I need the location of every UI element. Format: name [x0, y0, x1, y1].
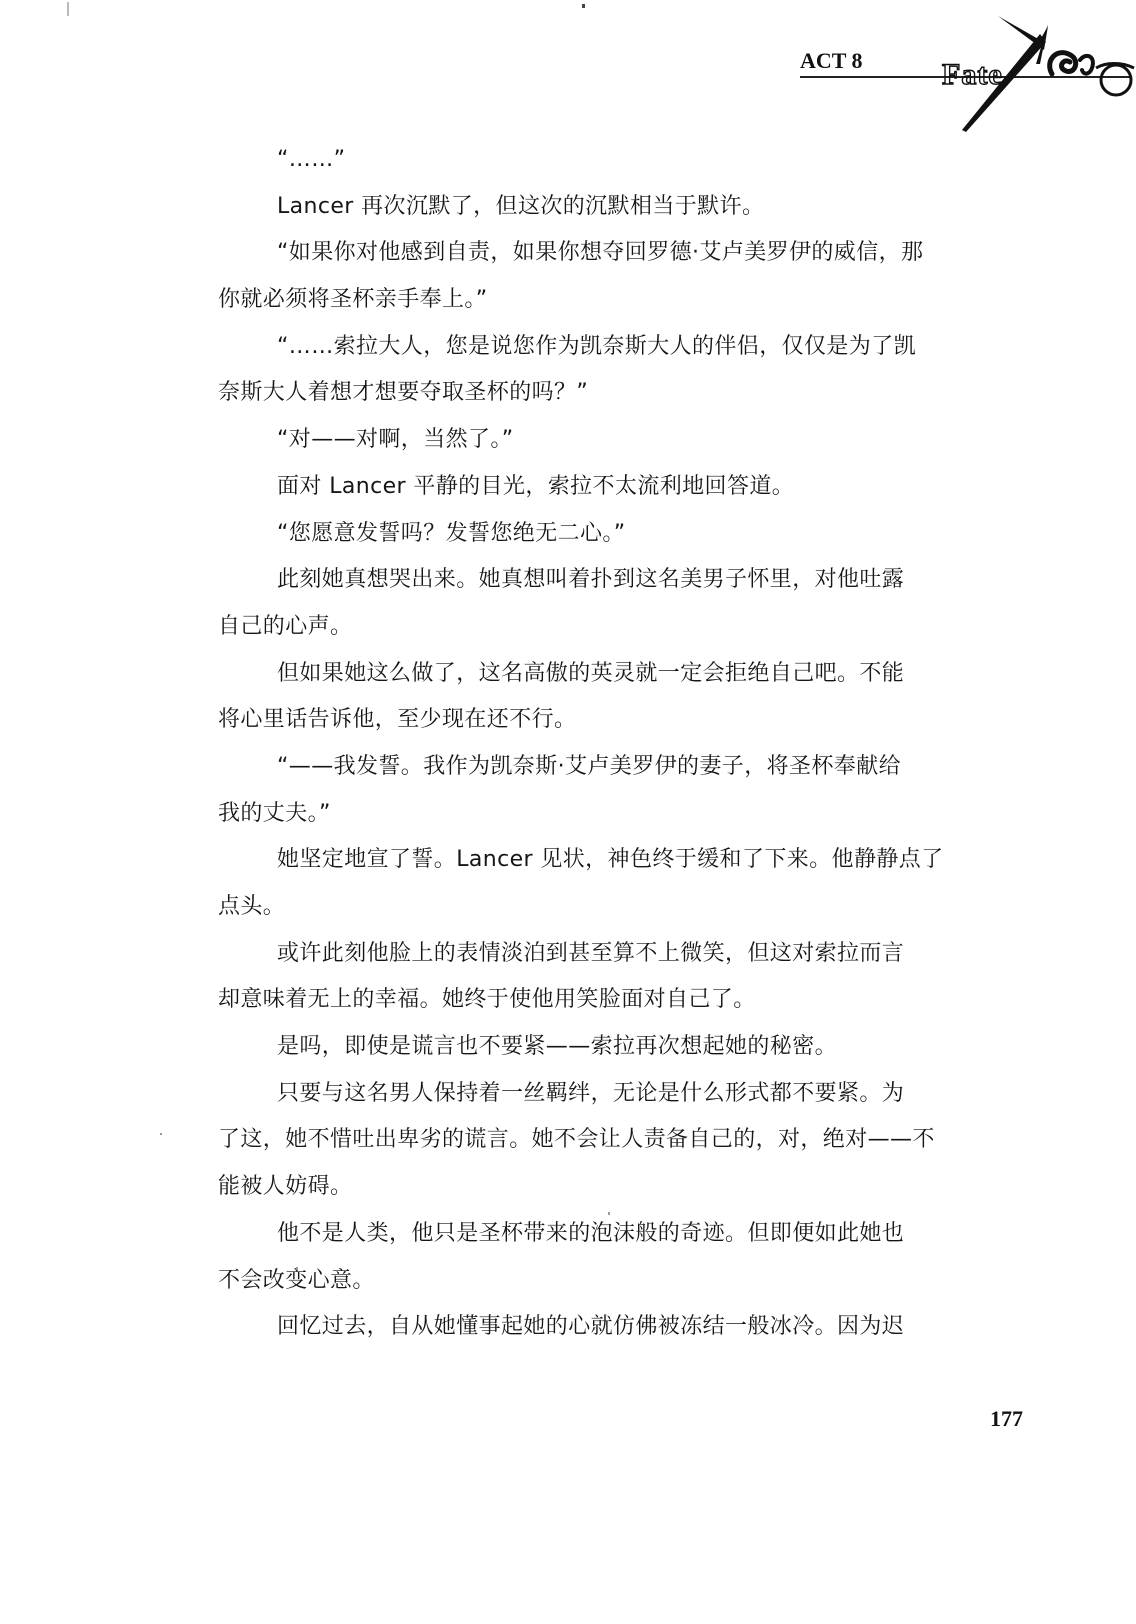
text-line: “……”	[218, 137, 988, 184]
text-line: 却意味着无上的幸福。她终于使他用笑脸面对自己了。	[218, 977, 988, 1024]
scan-speck	[160, 1133, 162, 1135]
text-line: 面对 Lancer 平静的目光，索拉不太流利地回答道。	[218, 464, 988, 511]
text-line: 只要与这名男人保持着一丝羁绊，无论是什么形式都不要紧。为	[218, 1071, 988, 1118]
text-line: “……索拉大人，您是说您作为凯奈斯大人的伴侣，仅仅是为了凯	[218, 324, 988, 371]
scan-speck	[582, 4, 585, 8]
svg-text:Fate: Fate	[942, 58, 1003, 91]
text-line: 不会改变心意。	[218, 1258, 988, 1305]
text-line: 自己的心声。	[218, 604, 988, 651]
text-line: 他不是人类，他只是圣杯带来的泡沫般的奇迹。但即便如此她也	[218, 1211, 988, 1258]
scan-speck	[608, 1212, 610, 1215]
scan-speck	[296, 1267, 298, 1270]
text-line: 我的丈夫。”	[218, 791, 988, 838]
page-number: 177	[990, 1406, 1023, 1432]
text-line: Lancer 再次沉默了，但这次的沉默相当于默许。	[218, 184, 988, 231]
text-line: 或许此刻他脸上的表情淡泊到甚至算不上微笑，但这对索拉而言	[218, 931, 988, 978]
text-line: 此刻她真想哭出来。她真想叫着扑到这名美男子怀里，对他吐露	[218, 557, 988, 604]
text-line: “您愿意发誓吗？发誓您绝无二心。”	[218, 511, 988, 558]
text-line: 你就必须将圣杯亲手奉上。”	[218, 277, 988, 324]
chapter-label: ACT 8	[800, 48, 863, 74]
text-line: 了这，她不惜吐出卑劣的谎言。她不会让人责备自己的，对，绝对——不	[218, 1117, 988, 1164]
text-line: 能被人妨碍。	[218, 1164, 988, 1211]
running-header: ACT 8 Fate/Zero Fate	[800, 48, 1136, 128]
page-body: “……” Lancer 再次沉默了，但这次的沉默相当于默许。 “如果你对他感到自…	[218, 137, 988, 1351]
text-line: 奈斯大人着想才想要夺取圣杯的吗？”	[218, 370, 988, 417]
fate-zero-logo-icon: Fate	[940, 4, 1136, 134]
text-line: “如果你对他感到自责，如果你想夺回罗德·艾卢美罗伊的威信，那	[218, 230, 988, 277]
text-line: 点头。	[218, 884, 988, 931]
text-line: 回忆过去，自从她懂事起她的心就仿佛被冻结一般冰冷。因为迟	[218, 1304, 988, 1351]
scan-speck	[67, 2, 69, 16]
text-line: 将心里话告诉他，至少现在还不行。	[218, 697, 988, 744]
text-line: “对——对啊，当然了。”	[218, 417, 988, 464]
text-line: “——我发誓。我作为凯奈斯·艾卢美罗伊的妻子，将圣杯奉献给	[218, 744, 988, 791]
text-line: 她坚定地宣了誓。Lancer 见状，神色终于缓和了下来。他静静点了	[218, 837, 988, 884]
text-line: 是吗，即使是谎言也不要紧——索拉再次想起她的秘密。	[218, 1024, 988, 1071]
text-line: 但如果她这么做了，这名高傲的英灵就一定会拒绝自己吧。不能	[218, 651, 988, 698]
